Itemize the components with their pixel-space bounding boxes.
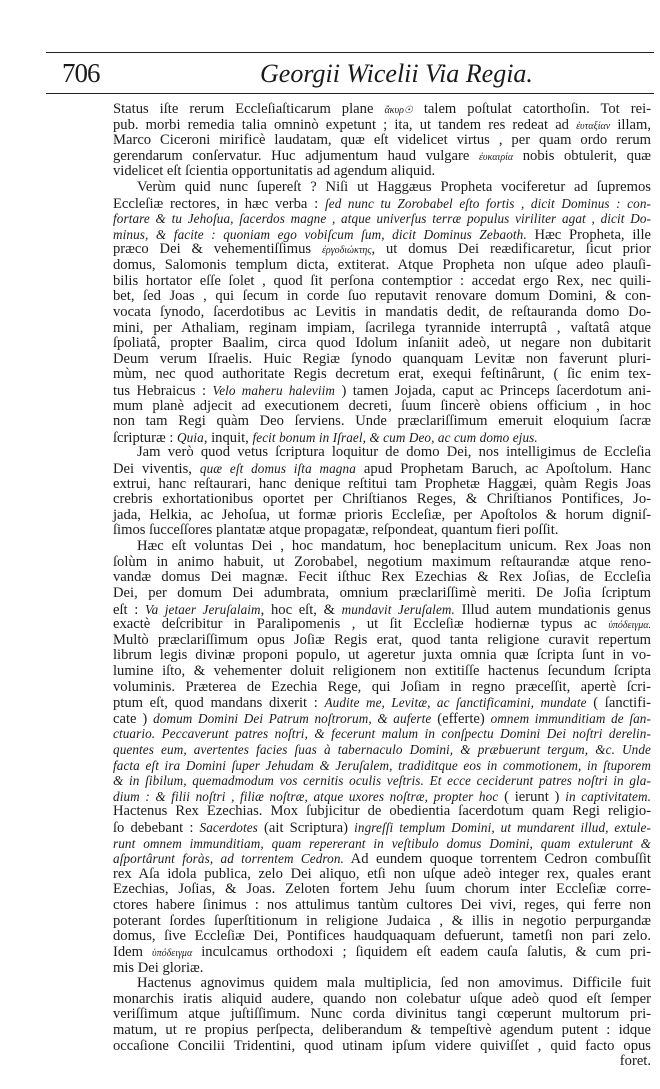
text-line: monarchis iratis aliquid audere, quando … [113, 992, 651, 1008]
text-line: tus Hebraicus : Velo maheru haleviim ) t… [113, 383, 651, 399]
roman-text: vocata ſynodo, ſacerdotibus ac Levitis i… [113, 304, 651, 320]
roman-text: bet, ſed Joas , qui ſecum in corde ſuo r… [113, 288, 651, 304]
roman-text: lumine iſto, & vehementer doluit religio… [113, 663, 651, 679]
roman-text: ( ierunt ) [498, 789, 565, 805]
roman-text: jada, Helkia, ac Jehoſua, ut formæ prior… [113, 507, 651, 523]
text-line: exactè deſcribitur in Paralipomenis , ut… [113, 617, 651, 633]
roman-text: pub. morbi remedia talia omninò expetunt… [113, 117, 576, 133]
text-line: gerendarum conſervatur. Huc adjumentum h… [113, 149, 651, 165]
text-line: runt omnem immunditiam, quam repererant … [113, 836, 651, 852]
text-line: veriſſimum atque juſtiſſimum. Nunc corda… [113, 1007, 651, 1023]
text-line: mum planè adjecit ad executionem decreti… [113, 399, 651, 415]
roman-text: poterant ſordes ſuperſtitionum in religi… [113, 913, 651, 929]
roman-text: Hactenus agnovimus quidem mala multiplic… [137, 975, 651, 991]
roman-text: Illud autem mundationis genus [455, 602, 651, 618]
roman-text: cate ) [113, 711, 153, 727]
greek-word: ἄκυρ☉ [384, 105, 412, 116]
roman-text: (efferte) [431, 711, 490, 727]
text-line: vandæ domus Dei magnæ. Fecit iſthuc Rex … [113, 570, 651, 586]
roman-text: ptum eſt, quod mandans dixerit : [113, 695, 325, 711]
roman-text: talem poſtulat catorthoſin. Tot rei- [413, 101, 651, 117]
header-bottom-rule [46, 93, 654, 94]
italic-quotation: facta eſt ira Domini ſuper Jehudam & Jer… [113, 758, 651, 773]
italic-quotation: aſportârunt foràs, ad torrentem Cedron. [113, 851, 344, 866]
roman-text: apud Prophetam Baruch, ac Apoſtolum. Han… [356, 461, 651, 477]
italic-quotation: Velo maheru haleviim [213, 383, 336, 398]
text-line: foret. [113, 1054, 651, 1070]
text-line: matum, ut re propius perſpecta, delibera… [113, 1023, 651, 1039]
roman-text: Ezechias, Joſias, & Joas. Zeloten fortem… [113, 881, 651, 897]
roman-text: Multò præclariſſimum opus Joſiæ Regis er… [113, 632, 651, 648]
roman-text: voluminis. Præterea de Ezechia Rege, qui… [113, 679, 651, 695]
text-line: mùm, nec quod authoritate Regis decretum… [113, 367, 651, 383]
header-top-rule [46, 52, 654, 53]
roman-text: Hæc eſt voluntas Dei , hoc mandatum, hoc… [137, 538, 651, 554]
text-line: & in ſibilum, quemadmodum vos cernitis o… [113, 773, 651, 789]
text-line: vocata ſynodo, ſacerdotibus ac Levitis i… [113, 305, 651, 321]
italic-quotation: quæ eſt domus iſta magna [200, 461, 356, 476]
text-line: facta eſt ira Domini ſuper Jehudam & Jer… [113, 758, 651, 774]
text-line: ſo debebant : Sacerdotes (ait Scriptura)… [113, 820, 651, 836]
italic-quotation: fecit bonum in Iſrael, & cum Deo, ac cum… [252, 430, 537, 445]
text-line: Hæc eſt voluntas Dei , hoc mandatum, hoc… [113, 539, 651, 555]
text-line: lumine iſto, & vehementer doluit religio… [113, 664, 651, 680]
roman-text: ) tamen Jojada, caput ac Princeps ſacerd… [335, 383, 651, 399]
italic-quotation: ingreſſi templum Domini, ut mundarent il… [354, 820, 651, 835]
text-line: non tam Regi quàm Deo ſerviens. Unde præ… [113, 414, 651, 430]
text-line: Jam verò quod vetus ſcriptura loquitur d… [113, 445, 651, 461]
running-title: Georgii Wicelii Via Regia. [260, 59, 533, 89]
text-line: crebris exhortationibus oportet per Chri… [113, 492, 651, 508]
italic-quotation: dium : & filii noſtri , filiæ noſtræ, at… [113, 789, 498, 804]
roman-text: inculcamus orthodoxi ; ſiquidem eſt eade… [192, 944, 651, 960]
text-line: ctores habere ſinimus : nos attulimus ta… [113, 898, 651, 914]
roman-text: , hoc eſt, & [261, 602, 342, 618]
roman-text: occaſione Concilii Tridentini, quod utin… [113, 1038, 651, 1054]
text-line: Marco Ciceroni mirificè laudatam, quæ eſ… [113, 133, 651, 149]
roman-text: bilis hortator eſſe ſolet , quod ſit per… [113, 273, 651, 289]
roman-text: ( ſanctifi- [587, 695, 651, 711]
greek-word: ἐυταξίαν [576, 121, 610, 132]
roman-text: Hæc Propheta, ille [527, 227, 651, 243]
roman-text: foret. [620, 1053, 651, 1069]
roman-text: præco Dei & vehementiſſimus [113, 241, 322, 257]
roman-text: videlicet eſt ſcientia opportunitatis ad… [113, 163, 435, 179]
italic-quotation: fortare & tu Jehoſua, ſacerdos magne , a… [113, 211, 651, 226]
text-line: bilis hortator eſſe ſolet , quod ſit per… [113, 274, 651, 290]
italic-quotation: ctuario. Peccaverunt patres noſtri, & fe… [113, 726, 651, 741]
roman-text: ſolùm in animo habuit, ut Zorobabel, neg… [113, 554, 651, 570]
text-line: mis Dei gloriæ. [113, 961, 651, 977]
roman-text: rex Aſa idola publica, zelo Dei aliquo, … [113, 866, 651, 882]
roman-text: librum legis divinæ proponi populo, ut a… [113, 647, 651, 663]
italic-quotation: & in ſibilum, quemadmodum vos cernitis o… [113, 773, 651, 788]
roman-text: monarchis iratis aliquid audere, quando … [113, 991, 651, 1007]
roman-text: tus Hebraicus : [113, 383, 213, 399]
text-line: Hactenus agnovimus quidem mala multiplic… [113, 976, 651, 992]
italic-quotation: Va jetaer Jeruſalaim [145, 602, 261, 617]
roman-text: eſt : [113, 602, 145, 618]
body-text: Status iſte rerum Eccleſiaſticarum plane… [113, 102, 651, 1070]
roman-text: Status iſte rerum Eccleſiaſticarum plane [113, 101, 384, 117]
roman-text: Hactenus Rex Ezechias. Mox ſubjicitur de… [113, 803, 651, 819]
italic-quotation: in captivitatem. [565, 789, 651, 804]
text-line: librum legis divinæ proponi populo, ut a… [113, 648, 651, 664]
roman-text: domus, ſive Eccleſiæ Dei, Pontifices hau… [113, 928, 651, 944]
roman-text: domus, Salomonis templum dicta, extitera… [113, 257, 651, 273]
text-line: eſt : Va jetaer Jeruſalaim, hoc eſt, & m… [113, 602, 651, 618]
text-line: præco Dei & vehementiſſimus ἐργοδιώκτης,… [113, 242, 651, 258]
roman-text: exactè deſcribitur in Paralipomenis , ut… [113, 616, 608, 632]
roman-text: illam, [610, 117, 651, 133]
roman-text: ſpoliatâ, propter Baalim, circa quod Ido… [113, 335, 651, 351]
greek-word: ἐυκαιρία [479, 152, 513, 163]
text-line: voluminis. Præterea de Ezechia Rege, qui… [113, 680, 651, 696]
roman-text: , inquit, [204, 430, 253, 446]
text-line: dium : & filii noſtri , filiæ noſtræ, at… [113, 789, 651, 805]
italic-quotation: omnem immunditiam de ſan- [491, 711, 651, 726]
text-line: Dei viventis, quæ eſt domus iſta magna a… [113, 461, 651, 477]
italic-quotation: ſed nunc tu Zorobabel eſto fortis , dici… [325, 196, 651, 211]
roman-text: mum planè adjecit ad executionem decreti… [113, 398, 651, 414]
italic-quotation: quentes eum, avertentes facies ſuas à ta… [113, 742, 651, 757]
roman-text: nobis obtulerit, quæ [513, 148, 651, 164]
text-line: Multò præclariſſimum opus Joſiæ Regis er… [113, 633, 651, 649]
roman-text: Jam verò quod vetus ſcriptura loquitur d… [137, 444, 651, 460]
text-line: rex Aſa idola publica, zelo Dei aliquo, … [113, 867, 651, 883]
text-line: ſolùm in animo habuit, ut Zorobabel, neg… [113, 555, 651, 571]
text-line: Dei, per domum Dei adumbrata, omnium præ… [113, 586, 651, 602]
text-line: Verùm quid nunc ſupereſt ? Niſi ut Haggæ… [113, 180, 651, 196]
text-line: videlicet eſt ſcientia opportunitatis ad… [113, 164, 651, 180]
text-line: ptum eſt, quod mandans dixerit : Audite … [113, 695, 651, 711]
roman-text: Dei viventis, [113, 461, 200, 477]
roman-text: mis Dei gloriæ. [113, 960, 203, 976]
page-header: 706 Georgii Wicelii Via Regia. [62, 58, 652, 92]
italic-quotation: Audite me, Levitæ, ac ſanctificamini, mu… [325, 695, 587, 710]
text-line: ſcripturæ : Quia, inquit, fecit bonum in… [113, 430, 651, 446]
roman-text: mini, per Athaliam, reginam impiam, ſacr… [113, 320, 651, 336]
text-line: Idem ὑπόδειγμα inculcamus orthodoxi ; ſi… [113, 945, 651, 961]
text-line: Deum verum Iſraelis. Huic Regiæ ſynodo q… [113, 352, 651, 368]
roman-text: (ait Scriptura) [258, 820, 354, 836]
greek-word: ὑπόδειγμα [152, 948, 192, 959]
text-line: Eccleſiæ rectores, in hæc verba : ſed nu… [113, 196, 651, 212]
text-line: Status iſte rerum Eccleſiaſticarum plane… [113, 102, 651, 118]
text-line: Hactenus Rex Ezechias. Mox ſubjicitur de… [113, 804, 651, 820]
roman-text: ctores habere ſinimus : nos attulimus ta… [113, 897, 651, 913]
italic-quotation: Quia [177, 430, 204, 445]
text-line: ſimos ſucceſſores plantatæ atque propaga… [113, 523, 651, 539]
roman-text: Ad eundem quoque torrentem Cedron combuſ… [344, 851, 651, 867]
roman-text: extrui, hanc reſtaurari, hanc denique re… [113, 476, 651, 492]
text-line: quentes eum, avertentes facies ſuas à ta… [113, 742, 651, 758]
roman-text: vandæ domus Dei magnæ. Fecit iſthuc Rex … [113, 569, 651, 585]
text-line: ctuario. Peccaverunt patres noſtri, & fe… [113, 726, 651, 742]
text-line: domus, ſive Eccleſiæ Dei, Pontifices hau… [113, 929, 651, 945]
roman-text: , ut domus Dei reædificaretur, ſicut pri… [371, 241, 651, 257]
text-line: pub. morbi remedia talia omninò expetunt… [113, 118, 651, 134]
text-line: minus, & facite : quoniam ego vobiſcum ſ… [113, 227, 651, 243]
italic-quotation: runt omnem immunditiam, quam repererant … [113, 836, 651, 851]
roman-text: Verùm quid nunc ſupereſt ? Niſi ut Haggæ… [137, 179, 651, 195]
italic-quotation: Sacerdotes [200, 820, 258, 835]
text-line: poterant ſordes ſuperſtitionum in religi… [113, 914, 651, 930]
roman-text: ſcripturæ : [113, 430, 177, 446]
roman-text: non tam Regi quàm Deo ſerviens. Unde præ… [113, 413, 651, 429]
roman-text: matum, ut re propius perſpecta, delibera… [113, 1022, 651, 1038]
roman-text: gerendarum conſervatur. Huc adjumentum h… [113, 148, 479, 164]
text-line: fortare & tu Jehoſua, ſacerdos magne , a… [113, 211, 651, 227]
page-number: 706 [62, 58, 100, 89]
italic-quotation: mundavit Jeruſalem. [342, 602, 455, 617]
text-line: mini, per Athaliam, reginam impiam, ſacr… [113, 321, 651, 337]
text-line: aſportârunt foràs, ad torrentem Cedron. … [113, 851, 651, 867]
roman-text: ſimos ſucceſſores plantatæ atque propaga… [113, 522, 558, 538]
greek-word: ὑπόδειγμα. [608, 620, 651, 631]
roman-text: ſo debebant : [113, 820, 200, 836]
text-line: occaſione Concilii Tridentini, quod utin… [113, 1039, 651, 1055]
italic-quotation: minus, & facite : quoniam ego vobiſcum ſ… [113, 227, 527, 242]
greek-word: ἐργοδιώκτης [322, 245, 371, 256]
roman-text: Idem [113, 944, 152, 960]
text-line: cate ) domum Domini Dei Patrum noſtrorum… [113, 711, 651, 727]
roman-text: Deum verum Iſraelis. Huic Regiæ ſynodo q… [113, 351, 651, 367]
roman-text: mùm, nec quod authoritate Regis decretum… [113, 366, 651, 382]
text-line: domus, Salomonis templum dicta, extitera… [113, 258, 651, 274]
roman-text: Eccleſiæ rectores, in hæc verba : [113, 196, 325, 212]
text-line: ſpoliatâ, propter Baalim, circa quod Ido… [113, 336, 651, 352]
text-line: bet, ſed Joas , qui ſecum in corde ſuo r… [113, 289, 651, 305]
roman-text: veriſſimum atque juſtiſſimum. Nunc corda… [113, 1006, 651, 1022]
roman-text: Dei, per domum Dei adumbrata, omnium præ… [113, 585, 651, 601]
italic-quotation: domum Domini Dei Patrum noſtrorum, & auf… [153, 711, 431, 726]
text-line: Ezechias, Joſias, & Joas. Zeloten fortem… [113, 882, 651, 898]
text-line: extrui, hanc reſtaurari, hanc denique re… [113, 477, 651, 493]
roman-text: Marco Ciceroni mirificè laudatam, quæ eſ… [113, 132, 651, 148]
roman-text: crebris exhortationibus oportet per Chri… [113, 491, 651, 507]
text-line: jada, Helkia, ac Jehoſua, ut formæ prior… [113, 508, 651, 524]
